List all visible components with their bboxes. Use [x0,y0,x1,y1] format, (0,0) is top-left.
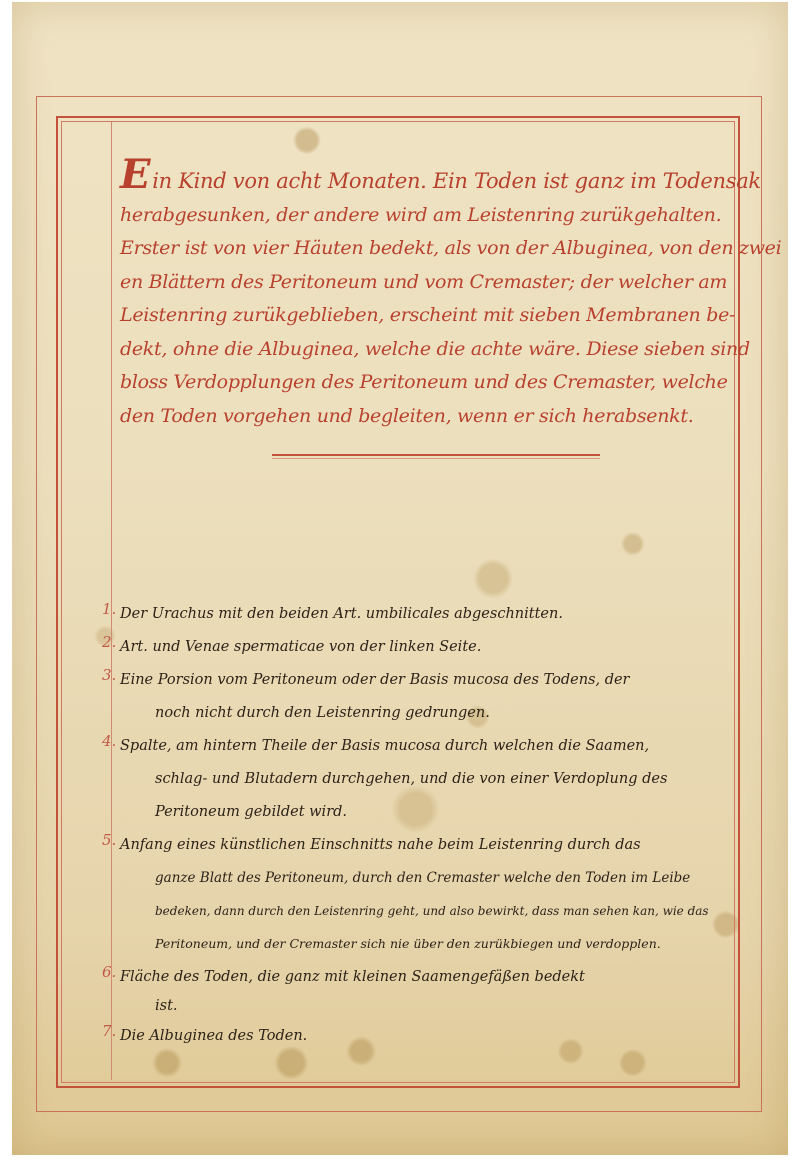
legend-line: Eine Porsion vom Peritoneum oder der Bas… [120,666,730,699]
legend-number: 1. [102,600,120,618]
heading-line: Erster ist von vier Häuten bedekt, als v… [120,232,726,266]
heading-line: bloss Verdopplungen des Peritoneum und d… [120,366,726,400]
legend-item-2: 2. Art. und Venae spermaticae von der li… [70,633,730,666]
legend-line: Anfang eines künstlichen Einschnitts nah… [120,831,730,864]
legend-line: schlag- und Blutadern durchgehen, und di… [120,765,730,798]
heading-line: den Toden vorgehen und begleiten, wenn e… [120,400,726,434]
legend-line: noch nicht durch den Leistenring gedrung… [120,699,730,732]
heading-line: herabgesunken, der andere wird am Leiste… [120,199,726,233]
legend-item-7: 7. Die Albuginea des Toden. [70,1022,730,1055]
legend-line: Art. und Venae spermaticae von der linke… [120,633,730,666]
legend-line: Peritoneum gebildet wird. [120,798,730,831]
legend-number: 4. [102,732,120,750]
drop-cap: E [120,151,150,198]
legend-list: 1. Der Urachus mit den beiden Art. umbil… [70,600,730,1055]
legend-number: 2. [102,633,120,651]
legend-item-4: 4. Spalte, am hintern Theile der Basis m… [70,732,730,831]
legend-item-5: 5. Anfang eines künstlichen Einschnitts … [70,831,730,963]
legend-line: Peritoneum, und der Cremaster sich nie ü… [120,930,730,963]
heading-line: dekt, ohne die Albuginea, welche die ach… [120,333,726,367]
legend-line: bedeken, dann durch den Leistenring geht… [120,897,730,930]
legend-item-1: 1. Der Urachus mit den beiden Art. umbil… [70,600,730,633]
separator-rule [272,454,600,456]
legend-line: ganze Blatt des Peritoneum, durch den Cr… [120,864,730,897]
legend-item-3: 3. Eine Porsion vom Peritoneum oder der … [70,666,730,732]
legend-item-6: 6. Fläche des Toden, die ganz mit kleine… [70,963,730,1022]
legend-line: Die Albuginea des Toden. [120,1022,730,1055]
legend-number: 6. [102,963,120,981]
legend-number: 7. [102,1022,120,1040]
legend-number: 3. [102,666,120,684]
legend-line: Der Urachus mit den beiden Art. umbilica… [120,600,730,633]
heading-line: Ein Kind von acht Monaten. Ein Toden ist… [120,165,726,199]
heading-line-text: in Kind von acht Monaten. Ein Toden ist … [152,169,761,193]
legend-number: 5. [102,831,120,849]
legend-line: ist. [120,996,730,1022]
heading-paragraph: Ein Kind von acht Monaten. Ein Toden ist… [120,165,726,433]
legend-line: Spalte, am hintern Theile der Basis muco… [120,732,730,765]
separator-rule-thin [272,458,600,459]
heading-line: en Blättern des Peritoneum und vom Crema… [120,266,726,300]
heading-line: Leistenring zurükgeblieben, erscheint mi… [120,299,726,333]
legend-line: Fläche des Toden, die ganz mit kleinen S… [120,963,730,996]
